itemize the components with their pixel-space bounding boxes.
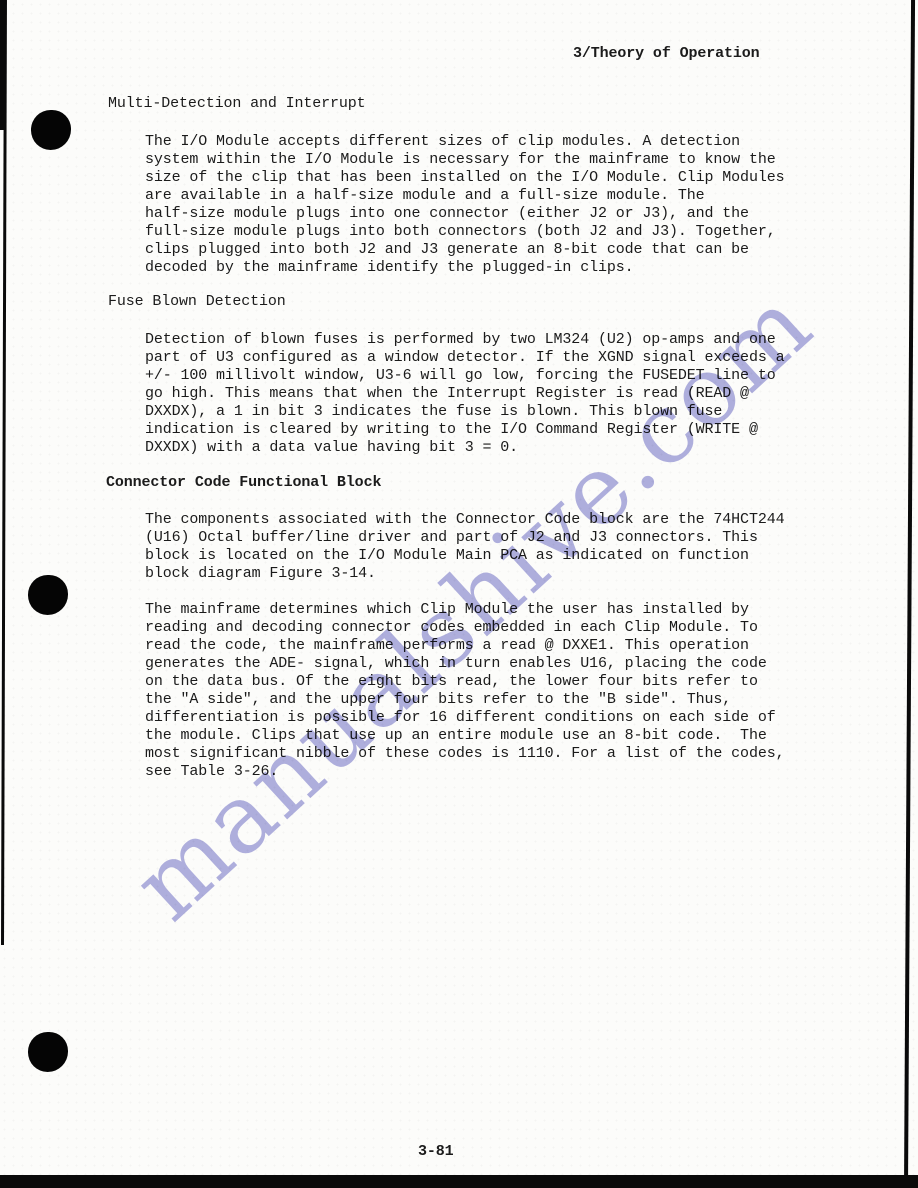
text-line: reading and decoding connector codes emb… [145, 619, 784, 637]
text-line: the module. Clips that use up an entire … [145, 727, 784, 745]
text-line: DXXDX), a 1 in bit 3 indicates the fuse … [145, 403, 784, 421]
text-line: +/- 100 millivolt window, U3-6 will go l… [145, 367, 784, 385]
paragraph-multi-detection: The I/O Module accepts different sizes o… [145, 133, 784, 277]
text-line: are available in a half-size module and … [145, 187, 784, 205]
paragraph-connector-code-1: The components associated with the Conne… [145, 511, 784, 583]
text-line: The components associated with the Conne… [145, 511, 784, 529]
text-line: read the code, the mainframe performs a … [145, 637, 784, 655]
text-line: go high. This means that when the Interr… [145, 385, 784, 403]
left-scan-edge-thick [0, 0, 6, 130]
paragraph-connector-code-2: The mainframe determines which Clip Modu… [145, 601, 784, 781]
section-heading-multi-detection: Multi-Detection and Interrupt [108, 95, 366, 113]
text-line: see Table 3-26. [145, 763, 784, 781]
text-line: differentiation is possible for 16 diffe… [145, 709, 784, 727]
page-number: 3-81 [418, 1143, 454, 1161]
hole-punch-mark-middle [28, 575, 68, 615]
text-line: block is located on the I/O Module Main … [145, 547, 784, 565]
text-line: clips plugged into both J2 and J3 genera… [145, 241, 784, 259]
scanned-document-page: 3/Theory of Operation Multi-Detection an… [0, 0, 918, 1188]
text-line: part of U3 configured as a window detect… [145, 349, 784, 367]
text-line: system within the I/O Module is necessar… [145, 151, 784, 169]
text-line: The mainframe determines which Clip Modu… [145, 601, 784, 619]
text-line: on the data bus. Of the eight bits read,… [145, 673, 784, 691]
hole-punch-mark-bottom [28, 1032, 68, 1072]
text-line: the "A side", and the upper four bits re… [145, 691, 784, 709]
text-line: The I/O Module accepts different sizes o… [145, 133, 784, 151]
text-line: generates the ADE- signal, which in turn… [145, 655, 784, 673]
section-heading-fuse-blown: Fuse Blown Detection [108, 293, 286, 311]
left-scan-edge-line [1, 0, 7, 945]
text-line: Detection of blown fuses is performed by… [145, 331, 784, 349]
text-line: size of the clip that has been installed… [145, 169, 784, 187]
text-line: most significant nibble of these codes i… [145, 745, 784, 763]
paragraph-fuse-blown: Detection of blown fuses is performed by… [145, 331, 784, 457]
text-line: decoded by the mainframe identify the pl… [145, 259, 784, 277]
page-header: 3/Theory of Operation [573, 45, 760, 63]
text-line: DXXDX) with a data value having bit 3 = … [145, 439, 784, 457]
right-scan-edge-line [904, 0, 915, 1188]
hole-punch-mark-top [31, 110, 71, 150]
text-line: full-size module plugs into both connect… [145, 223, 784, 241]
section-heading-connector-code: Connector Code Functional Block [106, 474, 381, 492]
text-line: (U16) Octal buffer/line driver and part … [145, 529, 784, 547]
text-line: block diagram Figure 3-14. [145, 565, 784, 583]
text-line: indication is cleared by writing to the … [145, 421, 784, 439]
bottom-scan-bar [0, 1175, 918, 1188]
text-line: half-size module plugs into one connecto… [145, 205, 784, 223]
